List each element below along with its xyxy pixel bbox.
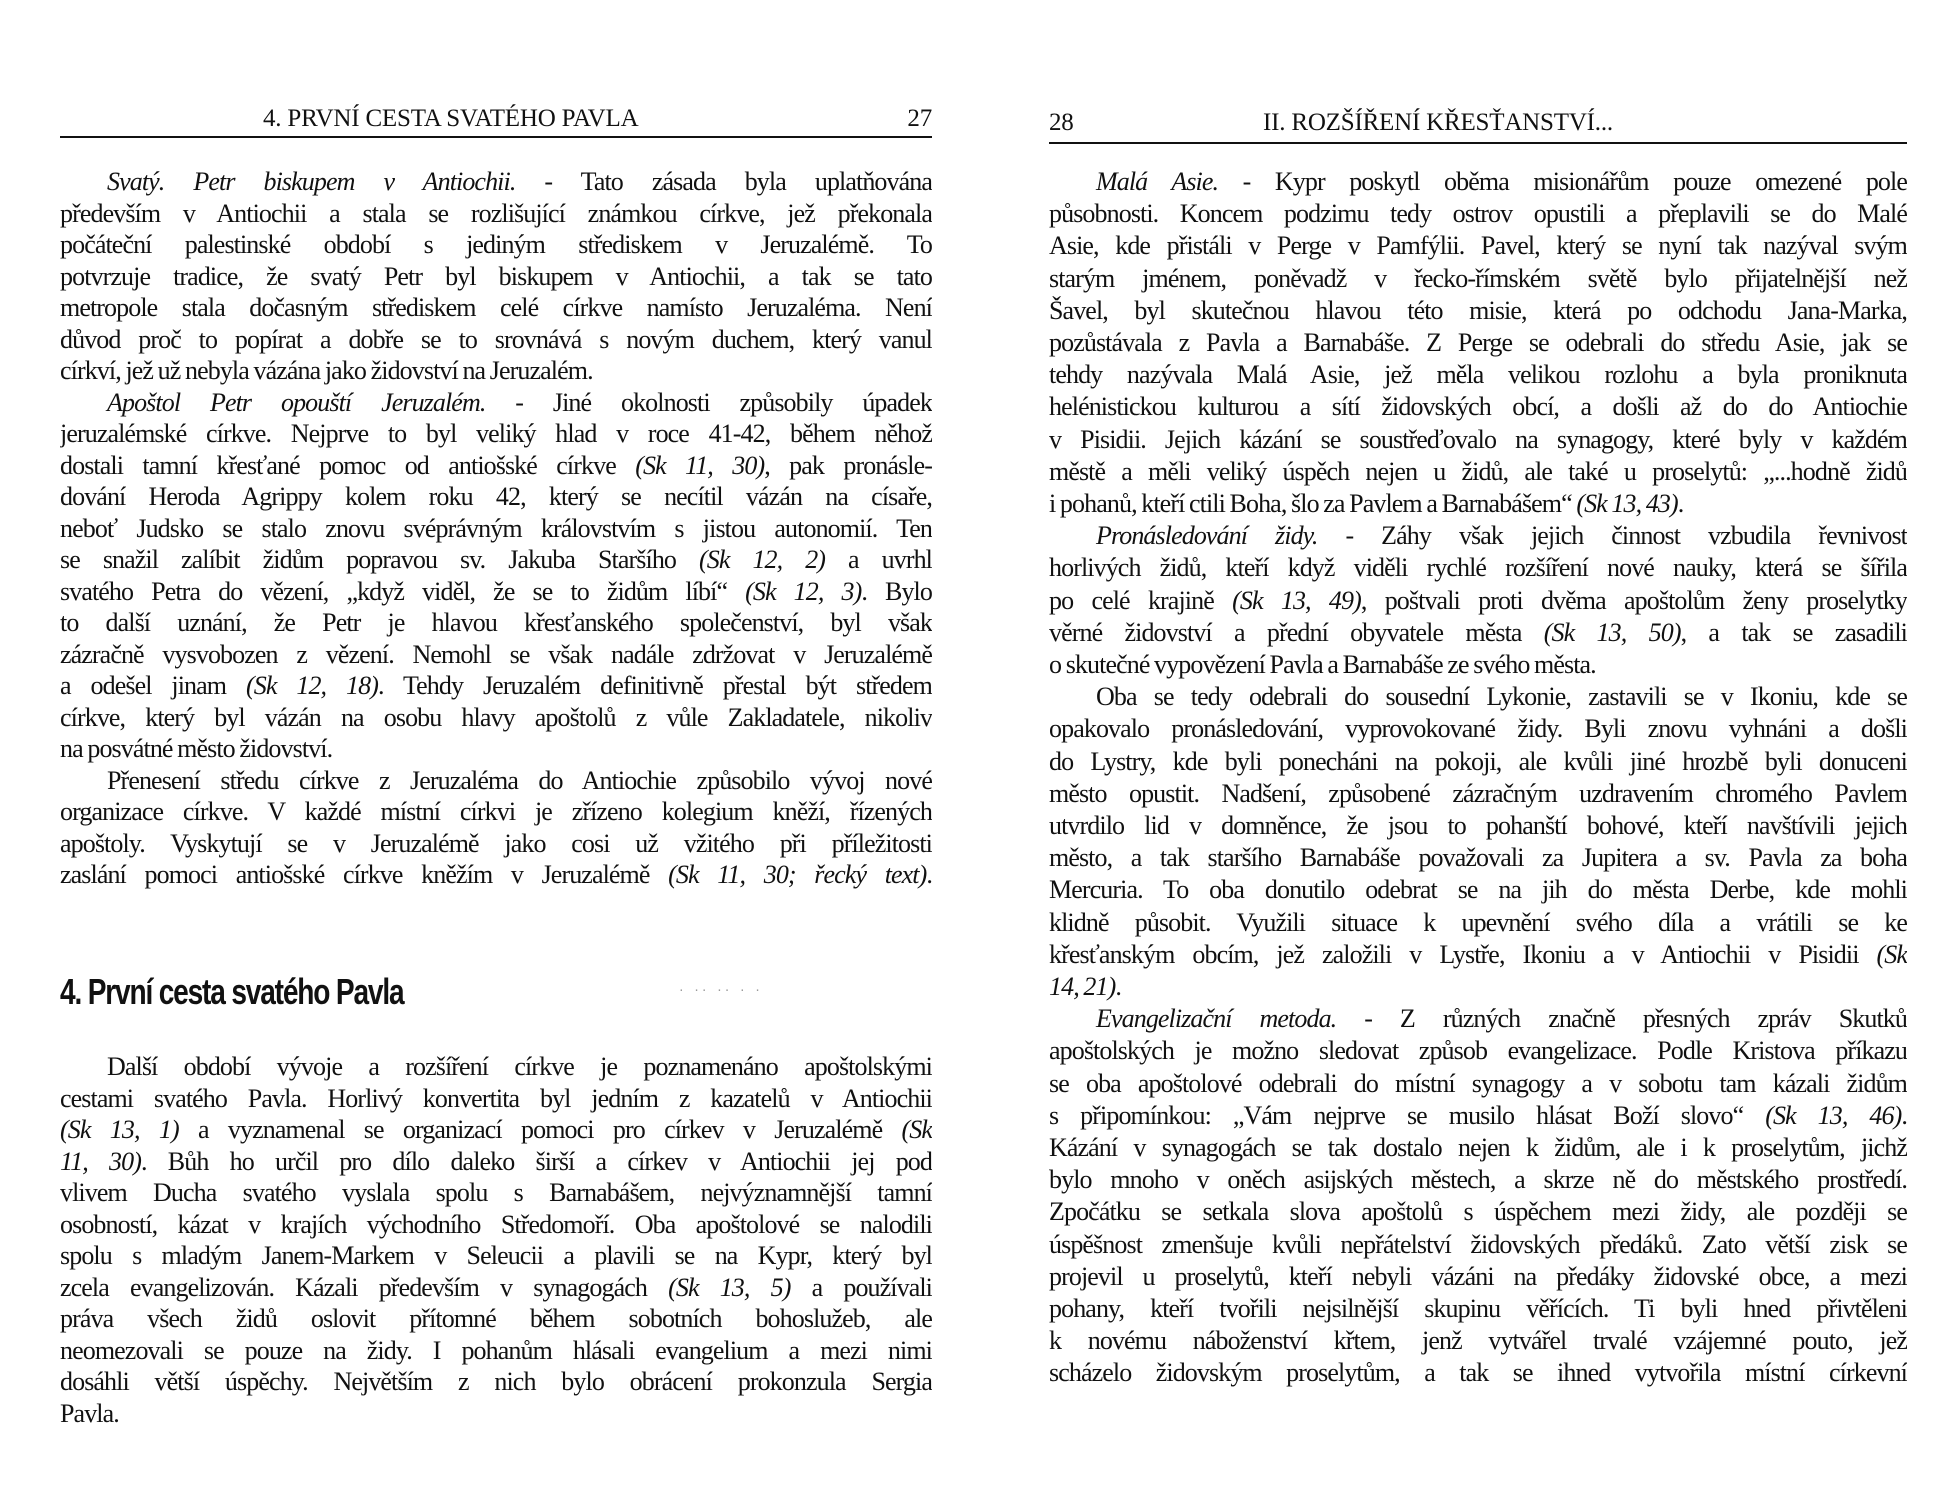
text-line: dostali tamní křesťané pomoc od antiošsk… [60,450,932,482]
text-line: zcela evangelizován. Kázali především v … [60,1272,932,1304]
text-segment: starým jménem, poněvadž v řecko-římském … [1049,264,1907,293]
text-segment: město, a tak staršího Barnabáše považova… [1049,843,1907,872]
text-segment: spolu s mladým Janem-Markem v Seleucii a… [60,1241,932,1270]
text-line: město, a tak staršího Barnabáše považova… [1049,842,1907,874]
text-segment: apoštolských je možno sledovat způsob ev… [1049,1036,1907,1065]
italic-segment: (Sk 13, 46) [1765,1101,1901,1130]
text-line: tehdy nazývala Malá Asie, jež měla velik… [1049,359,1907,391]
text-segment: Zpočátku se setkala slova apoštolů s úsp… [1049,1197,1907,1226]
text-line: město opustit. Nadšení, způsobené zázrač… [1049,778,1907,810]
text-segment: a odešel jinam [60,671,246,700]
italic-segment: Pronásledování židy. [1096,521,1318,550]
italic-segment: (Sk 13, 5) [668,1273,790,1302]
text-segment: městě a měli veliký úspěch nejen u židů,… [1049,457,1907,486]
text-line: jeruzalémské církve. Nejprve to byl veli… [60,418,932,450]
text-segment: Šavel, byl skutečnou hlavou této misie, … [1049,296,1907,325]
text-line: o skutečné vypovězení Pavla a Barnabáše … [1049,649,1907,681]
text-segment: utvrdilo lid v domněnce, že jsou to poha… [1049,811,1907,840]
text-segment: osobností, kázat v krajích východního St… [60,1210,932,1239]
text-line: Mercuria. To oba donutilo odebrat se na … [1049,874,1907,906]
text-segment: církve, který byl vázán na osobu hlavy a… [60,703,932,732]
text-line: zaslání pomoci antiošské církve kněžím v… [60,859,932,891]
text-segment: projevil u proselytů, kteří nebyli vázán… [1049,1262,1907,1291]
text-segment: neboť Judsko se stalo znovu svéprávným k… [60,514,932,543]
text-line: utvrdilo lid v domněnce, že jsou to poha… [1049,810,1907,842]
text-line: s připomínkou: „Vám nejprve se musilo hl… [1049,1100,1907,1132]
text-segment: na posvátné město židovství. [60,734,332,763]
text-segment: a používali [790,1273,932,1302]
text-line: především v Antiochii a stala se rozlišu… [60,198,932,230]
italic-segment: 14, 21) [1049,972,1115,1001]
header-rule [60,136,932,138]
text-segment: a uvrhl [825,545,932,574]
italic-segment: (Sk 13, 49) [1232,586,1361,615]
text-line: starým jménem, poněvadž v řecko-římském … [1049,263,1907,295]
text-segment: zcela evangelizován. Kázali především v … [60,1273,668,1302]
text-segment: dosáhli větší úspěchy. Největším z nich … [60,1367,932,1396]
text-segment: , poštvali proti dvěma apoštolům ženy pr… [1361,586,1907,615]
text-line: neomezovali se pouze na židy. I pohanům … [60,1335,932,1367]
text-line: vlivem Ducha svatého vyslala spolu s Bar… [60,1177,932,1209]
text-segment: - Kypr poskytl oběma misionářům pouze om… [1218,167,1907,196]
text-line: Pavla. [60,1398,932,1430]
text-segment: horlivých židů, kteří když viděli rychlé… [1049,553,1907,582]
text-segment: . [1901,1101,1907,1130]
italic-segment: (Sk 12, 3) [745,577,861,606]
text-line: to další uznání, že Petr je hlavou křesť… [60,607,932,639]
text-line: Apoštol Petr opouští Jeruzalém. - Jiné o… [60,387,932,419]
text-line: a odešel jinam (Sk 12, 18). Tehdy Jeruza… [60,670,932,702]
running-head-left: 4. PRVNÍ CESTA SVATÉHO PAVLA 27 [60,104,932,134]
text-segment: . [1115,972,1121,1001]
text-line: metropole stala dočasným střediskem celé… [60,292,932,324]
text-line: helénistickou kulturou a sítí židovských… [1049,391,1907,423]
header-rule [1049,142,1907,144]
text-line: i pohanů, kteří ctili Boha, šlo za Pavle… [1049,488,1907,520]
text-line: úspěšnost zmenšuje kvůli nepřátelství ži… [1049,1229,1907,1261]
text-line: 11, 30). Bůh ho určil pro dílo daleko ši… [60,1146,932,1178]
text-line: Kázání v synagogách se tak dostalo nejen… [1049,1132,1907,1164]
text-segment: zázračně vysvobozen z vězení. Nemohl se … [60,640,932,669]
text-line: Další období vývoje a rozšíření církve j… [60,1051,932,1083]
italic-segment: (Sk 11, 30; řecký text) [668,860,926,889]
text-segment: Oba se tedy odebrali do sousední Lykonie… [1096,682,1907,711]
text-line: horlivých židů, kteří když viděli rychlé… [1049,552,1907,584]
italic-segment: 11, 30) [60,1147,141,1176]
text-line: Asie, kde přistáli v Perge v Pamfýlii. P… [1049,230,1907,262]
text-segment: apoštoly. Vyskytují se v Jeruzalémě jako… [60,829,932,858]
text-segment: Kázání v synagogách se tak dostalo nejen… [1049,1133,1907,1162]
text-segment: Mercuria. To oba donutilo odebrat se na … [1049,875,1907,904]
text-segment: křesťanským obcím, jež založili v Lystře… [1049,940,1877,969]
italic-segment: (Sk 12, 18) [246,671,378,700]
text-segment: , a tak se zasadili [1681,618,1907,647]
text-segment: církví, jež už nebyla vázána jako židovs… [60,356,593,385]
text-segment: s připomínkou: „Vám nejprve se musilo hl… [1049,1101,1765,1130]
italic-segment: (Sk 13, 43) [1576,489,1677,518]
text-line: spolu s mladým Janem-Markem v Seleucii a… [60,1240,932,1272]
text-segment: - Z různých značně přesných zpráv Skutků [1336,1004,1907,1033]
text-line: Šavel, byl skutečnou hlavou této misie, … [1049,295,1907,327]
text-segment: tehdy nazývala Malá Asie, jež měla velik… [1049,360,1907,389]
italic-segment: Svatý. Petr biskupem v Antiochii. [107,167,515,196]
text-line: Malá Asie. - Kypr poskytl oběma misionář… [1049,166,1907,198]
italic-segment: Malá Asie. [1096,167,1218,196]
text-line: dosáhli větší úspěchy. Největším z nich … [60,1366,932,1398]
text-line: se oba apoštolové odebrali do místní syn… [1049,1068,1907,1100]
text-line: na posvátné město židovství. [60,733,932,765]
text-segment: a vyznamenal se organizací pomoci pro cí… [179,1115,902,1144]
text-line: Evangelizační metoda. - Z různých značně… [1049,1003,1907,1035]
text-line: působnosti. Koncem podzimu tedy ostrov o… [1049,198,1907,230]
text-segment: i pohanů, kteří ctili Boha, šlo za Pavle… [1049,489,1576,518]
text-segment: opakovalo pronásledování, vyprovokované … [1049,714,1907,743]
text-segment: scházelo židovským proselytům, a tak se … [1049,1358,1907,1387]
text-segment: Pavla. [60,1399,119,1428]
text-line: zázračně vysvobozen z vězení. Nemohl se … [60,639,932,671]
text-line: Zpočátku se setkala slova apoštolů s úsp… [1049,1196,1907,1228]
text-segment: , pak pronásle- [764,451,932,480]
text-line: církví, jež už nebyla vázána jako židovs… [60,355,932,387]
italic-segment: (Sk [1877,940,1908,969]
text-segment: - Záhy však jejich činnost vzbudila řevn… [1318,521,1908,550]
text-segment: důvod proč to popírat a dobře se to srov… [60,325,932,354]
text-segment: do Lystry, kde byli ponecháni na pokoji,… [1049,747,1907,776]
text-line: po celé krajině (Sk 13, 49), poštvali pr… [1049,585,1907,617]
text-segment: . Tehdy Jeruzalém definitivně přestal bý… [378,671,932,700]
text-segment: helénistickou kulturou a sítí židovských… [1049,392,1907,421]
italic-segment: Apoštol Petr opouští Jeruzalém. [107,388,485,417]
text-line: apoštoly. Vyskytují se v Jeruzalémě jako… [60,828,932,860]
text-segment: pozůstávala z Pavla a Barnabáše. Z Perge… [1049,328,1907,357]
text-segment: především v Antiochii a stala se rozlišu… [60,199,932,228]
text-line: věrné židovství a přední obyvatele města… [1049,617,1907,649]
text-line: Pronásledování židy. - Záhy však jejich … [1049,520,1907,552]
text-line: (Sk 13, 1) a vyznamenal se organizací po… [60,1114,932,1146]
text-line: organizace církve. V každé místní církvi… [60,796,932,828]
text-segment: o skutečné vypovězení Pavla a Barnabáše … [1049,650,1596,679]
italic-segment: (Sk 11, 30) [635,451,764,480]
text-segment: úspěšnost zmenšuje kvůli nepřátelství ži… [1049,1230,1907,1259]
text-segment: v Pisidii. Jejich kázání se soustřeďoval… [1049,425,1907,454]
text-line: práva všech židů oslovit přítomné během … [60,1303,932,1335]
text-segment: věrné židovství a přední obyvatele města [1049,618,1544,647]
text-segment: bylo mnoho v oněch asijských městech, a … [1049,1165,1907,1194]
text-line: potvrzuje tradice, že svatý Petr byl bis… [60,261,932,293]
text-line: Oba se tedy odebrali do sousední Lykonie… [1049,681,1907,713]
text-line: scházelo židovským proselytům, a tak se … [1049,1357,1907,1389]
italic-segment: (Sk [902,1115,933,1144]
text-line: k novému náboženství křtem, jenž vytváře… [1049,1325,1907,1357]
page-number: 28 [1049,108,1074,138]
text-line: pohany, kteří tvořili nejsilnější skupin… [1049,1293,1907,1325]
text-line: církve, který byl vázán na osobu hlavy a… [60,702,932,734]
text-segment: neomezovali se pouze na židy. I pohanům … [60,1336,932,1365]
text-line: 14, 21). [1049,971,1907,1003]
text-line: apoštolských je možno sledovat způsob ev… [1049,1035,1907,1067]
text-segment: . Bylo [861,577,932,606]
text-line: Svatý. Petr biskupem v Antiochii. - Tato… [60,166,932,198]
section-heading: 4. První cesta svatého Pavla [60,970,403,1014]
text-line: pozůstávala z Pavla a Barnabáše. Z Perge… [1049,327,1907,359]
page-number: 27 [907,104,932,134]
text-segment: . [926,860,932,889]
text-segment: jeruzalémské církve. Nejprve to byl veli… [60,419,932,448]
text-segment: Další období vývoje a rozšíření církve j… [107,1052,932,1081]
text-line: důvod proč to popírat a dobře se to srov… [60,324,932,356]
text-line: v Pisidii. Jejich kázání se soustřeďoval… [1049,424,1907,456]
running-head-title: 4. PRVNÍ CESTA SVATÉHO PAVLA [263,104,638,134]
text-segment: . Bůh ho určil pro dílo daleko širší a c… [141,1147,932,1176]
text-segment: zaslání pomoci antiošské církve kněžím v… [60,860,668,889]
text-segment: se snažil zalíbit židům popravou sv. Jak… [60,545,699,574]
text-segment: počáteční palestinské období s jediným s… [60,230,932,259]
text-segment: svatého Petra do vězení, „když viděl, že… [60,577,745,606]
text-line: do Lystry, kde byli ponecháni na pokoji,… [1049,746,1907,778]
text-line: Přenesení středu církve z Jeruzaléma do … [60,765,932,797]
text-line: neboť Judsko se stalo znovu svéprávným k… [60,513,932,545]
text-segment: to další uznání, že Petr je hlavou křesť… [60,608,932,637]
text-line: městě a měli veliký úspěch nejen u židů,… [1049,456,1907,488]
text-segment: město opustit. Nadšení, způsobené zázrač… [1049,779,1907,808]
text-line: cestami svatého Pavla. Horlivý konvertit… [60,1083,932,1115]
text-segment: . [1678,489,1684,518]
text-segment: působnosti. Koncem podzimu tedy ostrov o… [1049,199,1907,228]
text-line: osobností, kázat v krajích východního St… [60,1209,932,1241]
text-segment: organizace církve. V každé místní církvi… [60,797,932,826]
text-line: klidně působit. Využili situace k upevně… [1049,907,1907,939]
text-line: projevil u proselytů, kteří nebyli vázán… [1049,1261,1907,1293]
text-segment: se oba apoštolové odebrali do místní syn… [1049,1069,1907,1098]
text-segment: - Jiné okolnosti způsobily úpadek [485,388,932,417]
text-line: opakovalo pronásledování, vyprovokované … [1049,713,1907,745]
text-segment: pohany, kteří tvořili nejsilnější skupin… [1049,1294,1907,1323]
text-line: svatého Petra do vězení, „když viděl, že… [60,576,932,608]
running-head-title: II. ROZŠÍŘENÍ KŘESŤANSTVÍ... [1263,108,1613,138]
text-line: počáteční palestinské období s jediným s… [60,229,932,261]
text-segment: Asie, kde přistáli v Perge v Pamfýlii. P… [1049,231,1907,260]
text-segment: metropole stala dočasným střediskem celé… [60,293,932,322]
text-segment: klidně působit. Využili situace k upevně… [1049,908,1907,937]
italic-segment: (Sk 13, 1) [60,1115,179,1144]
text-segment: práva všech židů oslovit přítomné během … [60,1304,932,1333]
running-head-right: 28 II. ROZŠÍŘENÍ KŘESŤANSTVÍ... [1049,108,1907,138]
text-segment: Přenesení středu církve z Jeruzaléma do … [107,766,932,795]
text-segment: vlivem Ducha svatého vyslala spolu s Bar… [60,1178,932,1207]
text-segment: dostali tamní křesťané pomoc od antiošsk… [60,451,635,480]
text-segment: po celé krajině [1049,586,1232,615]
text-segment: - Tato zásada byla uplatňována [515,167,932,196]
italic-segment: (Sk 13, 50) [1544,618,1681,647]
scan-speckle: · ·· ·· · · [678,984,762,997]
text-segment: k novému náboženství křtem, jenž vytváře… [1049,1326,1907,1355]
text-line: se snažil zalíbit židům popravou sv. Jak… [60,544,932,576]
text-segment: cestami svatého Pavla. Horlivý konvertit… [60,1084,932,1113]
text-segment: potvrzuje tradice, že svatý Petr byl bis… [60,262,932,291]
text-line: bylo mnoho v oněch asijských městech, a … [1049,1164,1907,1196]
text-segment: dování Heroda Agrippy kolem roku 42, kte… [60,482,932,511]
italic-segment: Evangelizační metoda. [1096,1004,1336,1033]
text-line: dování Heroda Agrippy kolem roku 42, kte… [60,481,932,513]
text-line: křesťanským obcím, jež založili v Lystře… [1049,939,1907,971]
italic-segment: (Sk 12, 2) [699,545,825,574]
